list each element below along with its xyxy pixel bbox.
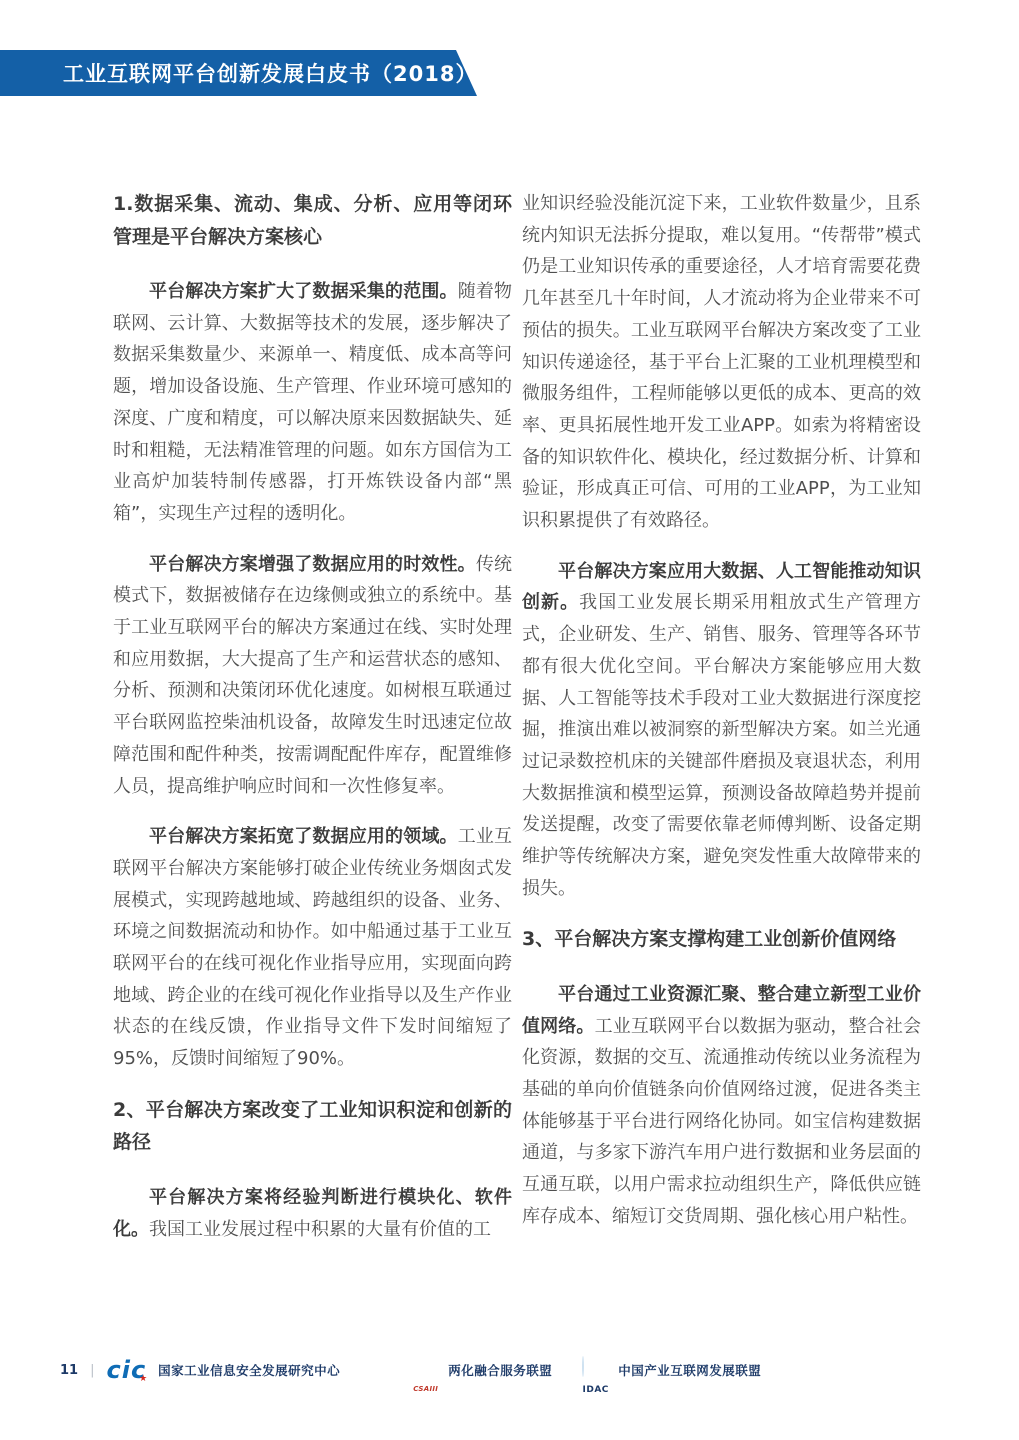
left-column: 1.数据采集、流动、集成、分析、应用等闭环管理是平台解决方案核心 平台解决方案扩… xyxy=(113,188,512,1264)
idac-globe-icon xyxy=(582,1356,584,1377)
idac-logo-icon: IDAC xyxy=(582,1357,609,1384)
right-column: 业知识经验没能沉淀下来，工业软件数量少，且系统内知识无法拆分提取，难以复用。“传… xyxy=(522,188,921,1264)
org-name: 中国产业互联网发展联盟 xyxy=(618,1361,761,1379)
page-footer: 11 | cic★ 国家工业信息安全发展研究中心 CSAIII 两化融合服务联盟… xyxy=(60,1348,761,1392)
document-page: 工业互联网平台创新发展白皮书（2018） 1.数据采集、流动、集成、分析、应用等… xyxy=(0,0,1019,1440)
section-heading-2: 2、平台解决方案改变了工业知识积淀和创新的路径 xyxy=(113,1094,512,1159)
org-cic: cic★ 国家工业信息安全发展研究中心 xyxy=(106,1357,340,1383)
section-heading-1: 1.数据采集、流动、集成、分析、应用等闭环管理是平台解决方案核心 xyxy=(113,188,512,253)
paragraph-text: 我国工业发展过程中积累的大量有价值的工 xyxy=(149,1219,491,1240)
paragraph-text: 我国工业发展长期采用粗放式生产管理方式，企业研发、生产、销售、服务、管理等各环节… xyxy=(522,592,921,898)
org-name: 两化融合服务联盟 xyxy=(448,1361,552,1379)
paragraph-text: 传统模式下，数据被储存在边缘侧或独立的系统中。基于工业互联网平台的解决方案通过在… xyxy=(113,554,512,797)
paragraph-text: 随着物联网、云计算、大数据等技术的发展，逐步解决了数据采集数量少、来源单一、精度… xyxy=(113,281,512,524)
star-icon: ★ xyxy=(139,1366,148,1392)
document-title: 工业互联网平台创新发展白皮书（2018） xyxy=(63,58,477,88)
section-heading-3: 3、平台解决方案支撑构建工业创新价值网络 xyxy=(522,923,921,956)
alliance-logo-icon: CSAIII xyxy=(412,1357,439,1384)
paragraph: 平台解决方案应用大数据、人工智能推动知识创新。我国工业发展长期采用粗放式生产管理… xyxy=(522,556,921,905)
idac-logo-caption: IDAC xyxy=(583,1385,609,1395)
body-columns: 1.数据采集、流动、集成、分析、应用等闭环管理是平台解决方案核心 平台解决方案扩… xyxy=(113,188,921,1264)
paragraph: 平台解决方案扩大了数据采集的范围。随着物联网、云计算、大数据等技术的发展，逐步解… xyxy=(113,276,512,530)
paragraph-text: 工业互联网平台解决方案能够打破企业传统业务烟囱式发展模式，实现跨越地域、跨越组织… xyxy=(113,826,512,1069)
paragraph-text: 工业互联网平台以数据为驱动，整合社会化资源，数据的交互、流通推动传统以业务流程为… xyxy=(522,1016,921,1227)
paragraph: 平台通过工业资源汇聚、整合建立新型工业价值网络。工业互联网平台以数据为驱动，整合… xyxy=(522,979,921,1233)
paragraph: 平台解决方案增强了数据应用的时效性。传统模式下，数据被储存在边缘侧或独立的系统中… xyxy=(113,549,512,803)
alliance-logo-caption: CSAIII xyxy=(413,1385,438,1393)
org-alliance: CSAIII 两化融合服务联盟 xyxy=(412,1357,552,1384)
header-banner: 工业互联网平台创新发展白皮书（2018） xyxy=(0,50,480,96)
paragraph-continuation: 业知识经验没能沉淀下来，工业软件数量少，且系统内知识无法拆分提取，难以复用。“传… xyxy=(522,188,921,537)
org-name: 国家工业信息安全发展研究中心 xyxy=(158,1361,340,1379)
org-idac: IDAC 中国产业互联网发展联盟 xyxy=(582,1357,761,1384)
paragraph: 平台解决方案将经验判断进行模块化、软件化。我国工业发展过程中积累的大量有价值的工 xyxy=(113,1182,512,1245)
paragraph: 平台解决方案拓宽了数据应用的领域。工业互联网平台解决方案能够打破企业传统业务烟囱… xyxy=(113,821,512,1075)
paragraph-lead: 平台解决方案拓宽了数据应用的领域。 xyxy=(149,826,458,847)
paragraph-lead: 平台解决方案增强了数据应用的时效性。 xyxy=(149,554,476,575)
cic-logo-icon: cic★ xyxy=(106,1357,146,1383)
footer-divider: | xyxy=(90,1363,94,1378)
paragraph-lead: 平台解决方案扩大了数据采集的范围。 xyxy=(149,281,458,302)
page-number: 11 xyxy=(60,1363,78,1378)
